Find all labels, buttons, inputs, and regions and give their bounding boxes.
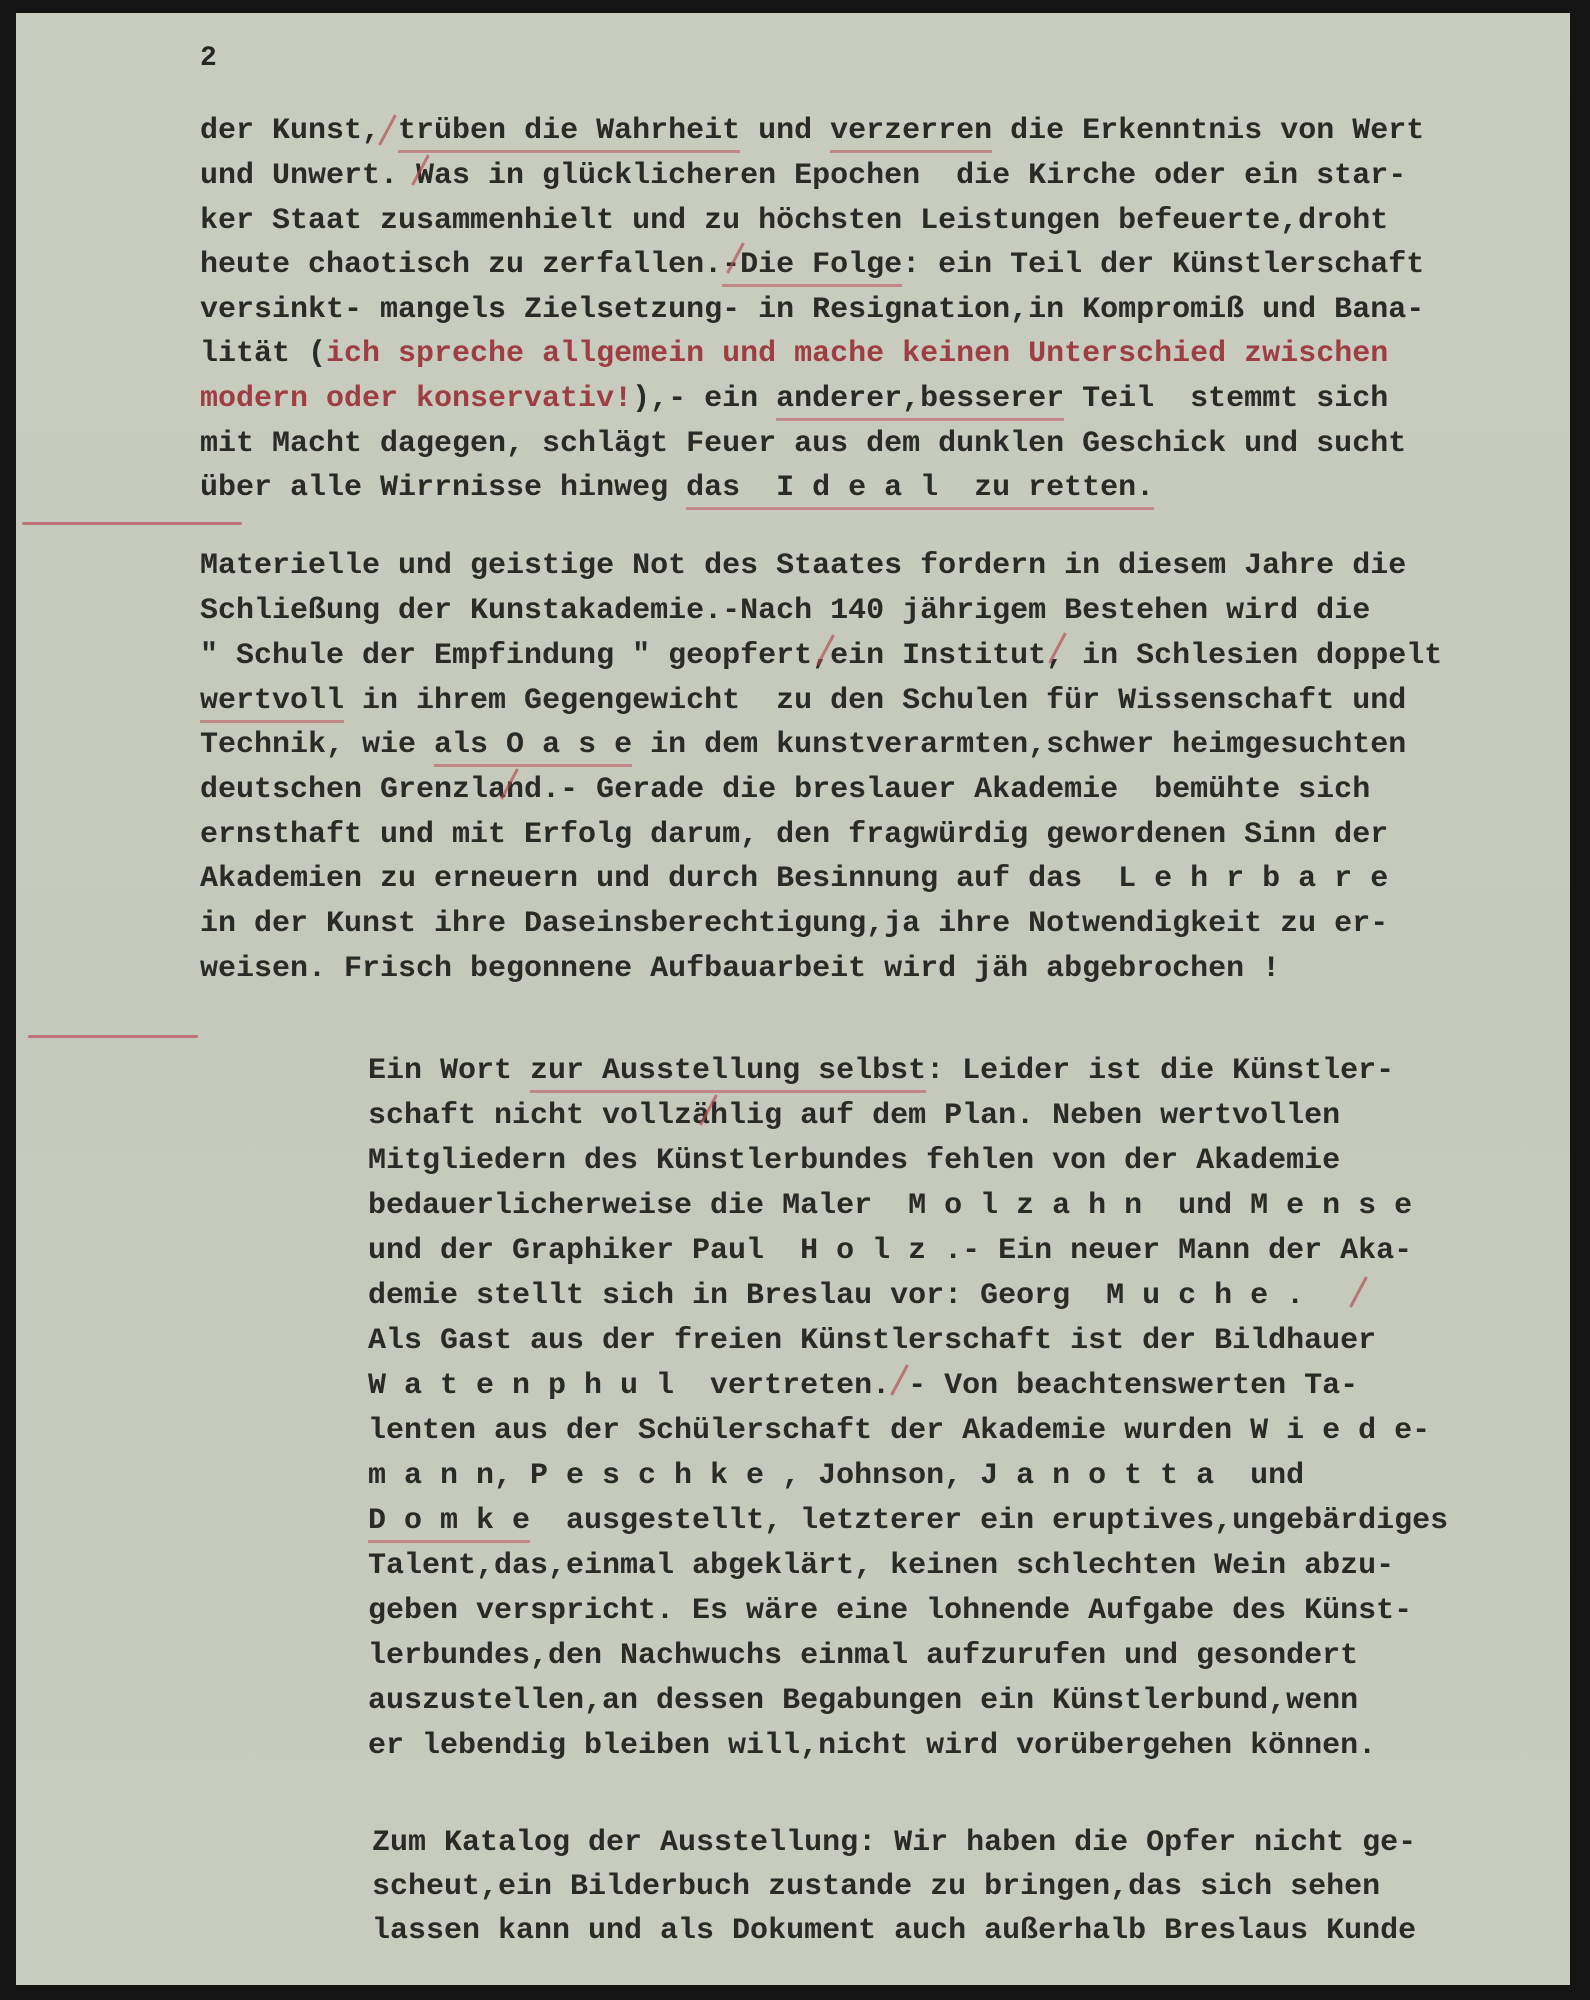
- text-line: Zum Katalog der Ausstellung: Wir haben d…: [372, 1825, 1416, 1861]
- text-line: und der Graphiker Paul H o l z .- Ein ne…: [368, 1233, 1412, 1269]
- text-line: demie stellt sich in Breslau vor: Georg …: [368, 1278, 1304, 1314]
- text-span: : ein Teil der Künstlerschaft: [902, 248, 1424, 282]
- text-line: er lebendig bleiben will,nicht wird vorü…: [368, 1728, 1376, 1764]
- text-line: Ein Wort zur Ausstellung selbst: Leider …: [368, 1053, 1394, 1089]
- document-page: 2 der Kunst, trüben die Wahrheit und ver…: [16, 13, 1570, 1985]
- text-line: D o m k e ausgestellt, letzterer ein eru…: [368, 1503, 1448, 1539]
- text-span: ausgestellt, letzterer ein eruptives,ung…: [530, 1504, 1448, 1538]
- text-line: scheut,ein Bilderbuch zustande zu bringe…: [372, 1869, 1380, 1905]
- text-line: in der Kunst ihre Daseinsberechtigung,ja…: [200, 906, 1388, 942]
- underlined-text: anderer,besserer: [776, 382, 1064, 421]
- text-line: Schließung der Kunstakademie.-Nach 140 j…: [200, 593, 1370, 629]
- page-number: 2: [200, 43, 217, 74]
- text-line: Als Gast aus der freien Künstlerschaft i…: [368, 1323, 1376, 1359]
- text-line: Akademien zu erneuern und durch Besinnun…: [200, 861, 1388, 897]
- text-line: W a t e n p h u l vertreten. - Von beach…: [368, 1368, 1358, 1404]
- text-span: heute chaotisch zu zerfallen.: [200, 248, 722, 282]
- underlined-text: -Die Folge: [722, 248, 902, 287]
- text-line: Talent,das,einmal abgeklärt, keinen schl…: [368, 1548, 1394, 1584]
- text-line: lerbundes,den Nachwuchs einmal aufzurufe…: [368, 1638, 1358, 1674]
- text-line: Mitgliedern des Künstlerbundes fehlen vo…: [368, 1143, 1340, 1179]
- text-line: lassen kann und als Dokument auch außerh…: [372, 1913, 1416, 1949]
- margin-mark: [28, 1035, 198, 1038]
- text-line: ernsthaft und mit Erfolg darum, den frag…: [200, 817, 1388, 853]
- underlined-text: zur Ausstellung selbst: [530, 1054, 926, 1093]
- text-line: Technik, wie als O a s e in dem kunstver…: [200, 727, 1406, 763]
- text-line: und Unwert. Was in glücklicheren Epochen…: [200, 158, 1406, 194]
- text-line: deutschen Grenzland.- Gerade die breslau…: [200, 772, 1370, 808]
- text-span: Technik, wie: [200, 728, 434, 762]
- underlined-text: wertvoll: [200, 684, 344, 723]
- text-line: auszustellen,an dessen Begabungen ein Kü…: [368, 1683, 1358, 1719]
- underlined-text: als O a s e: [434, 728, 632, 767]
- text-line: weisen. Frisch begonnene Aufbauarbeit wi…: [200, 951, 1280, 987]
- underlined-text: verzerren: [830, 114, 992, 153]
- text-line: lenten aus der Schülerschaft der Akademi…: [368, 1413, 1430, 1449]
- text-line: modern oder konservativ!),- ein anderer,…: [200, 381, 1388, 417]
- text-line: wertvoll in ihrem Gegengewicht zu den Sc…: [200, 683, 1406, 719]
- underlined-text: trüben die Wahrheit: [398, 114, 740, 153]
- text-span: die Erkenntnis von Wert: [992, 114, 1424, 148]
- text-span: Teil stemmt sich: [1064, 382, 1388, 416]
- text-span: und: [740, 114, 830, 148]
- editorial-slash-mark: [1349, 1276, 1368, 1307]
- text-line: versinkt- mangels Zielsetzung- in Resign…: [200, 292, 1424, 328]
- text-line: bedauerlicherweise die Maler M o l z a h…: [368, 1188, 1412, 1224]
- text-line: ker Staat zusammenhielt und zu höchsten …: [200, 203, 1388, 239]
- text-span: in ihrem Gegengewicht zu den Schulen für…: [344, 684, 1406, 718]
- text-line: Materielle und geistige Not des Staates …: [200, 548, 1406, 584]
- underlined-text: das I d e a l zu retten.: [686, 471, 1154, 510]
- text-span: lität (: [200, 337, 326, 371]
- text-span: : Leider ist die Künstler-: [926, 1054, 1394, 1088]
- margin-mark: [22, 522, 242, 525]
- text-line: m a n n, P e s c h k e , Johnson, J a n …: [368, 1458, 1304, 1494]
- text-line: schaft nicht vollzählig auf dem Plan. Ne…: [368, 1098, 1340, 1134]
- text-span: Materielle und geistige Not des Staates …: [200, 549, 1406, 583]
- text-line: lität (ich spreche allgemein und mache k…: [200, 336, 1388, 372]
- red-typed-text: ich spreche allgemein und mache keinen U…: [326, 337, 1388, 371]
- text-line: der Kunst, trüben die Wahrheit und verze…: [200, 113, 1424, 149]
- underlined-text: D o m k e: [368, 1504, 530, 1543]
- text-span: in dem kunstverarmten,schwer heimgesucht…: [632, 728, 1406, 762]
- red-typed-text: modern oder konservativ!: [200, 382, 632, 416]
- text-line: heute chaotisch zu zerfallen.-Die Folge:…: [200, 247, 1424, 283]
- text-line: geben verspricht. Es wäre eine lohnende …: [368, 1593, 1412, 1629]
- text-span: Ein Wort: [368, 1054, 530, 1088]
- text-span: ),- ein: [632, 382, 776, 416]
- text-line: über alle Wirrnisse hinweg das I d e a l…: [200, 470, 1154, 506]
- text-line: mit Macht dagegen, schlägt Feuer aus dem…: [200, 426, 1406, 462]
- text-span: über alle Wirrnisse hinweg: [200, 471, 686, 505]
- text-span: der Kunst,: [200, 114, 398, 148]
